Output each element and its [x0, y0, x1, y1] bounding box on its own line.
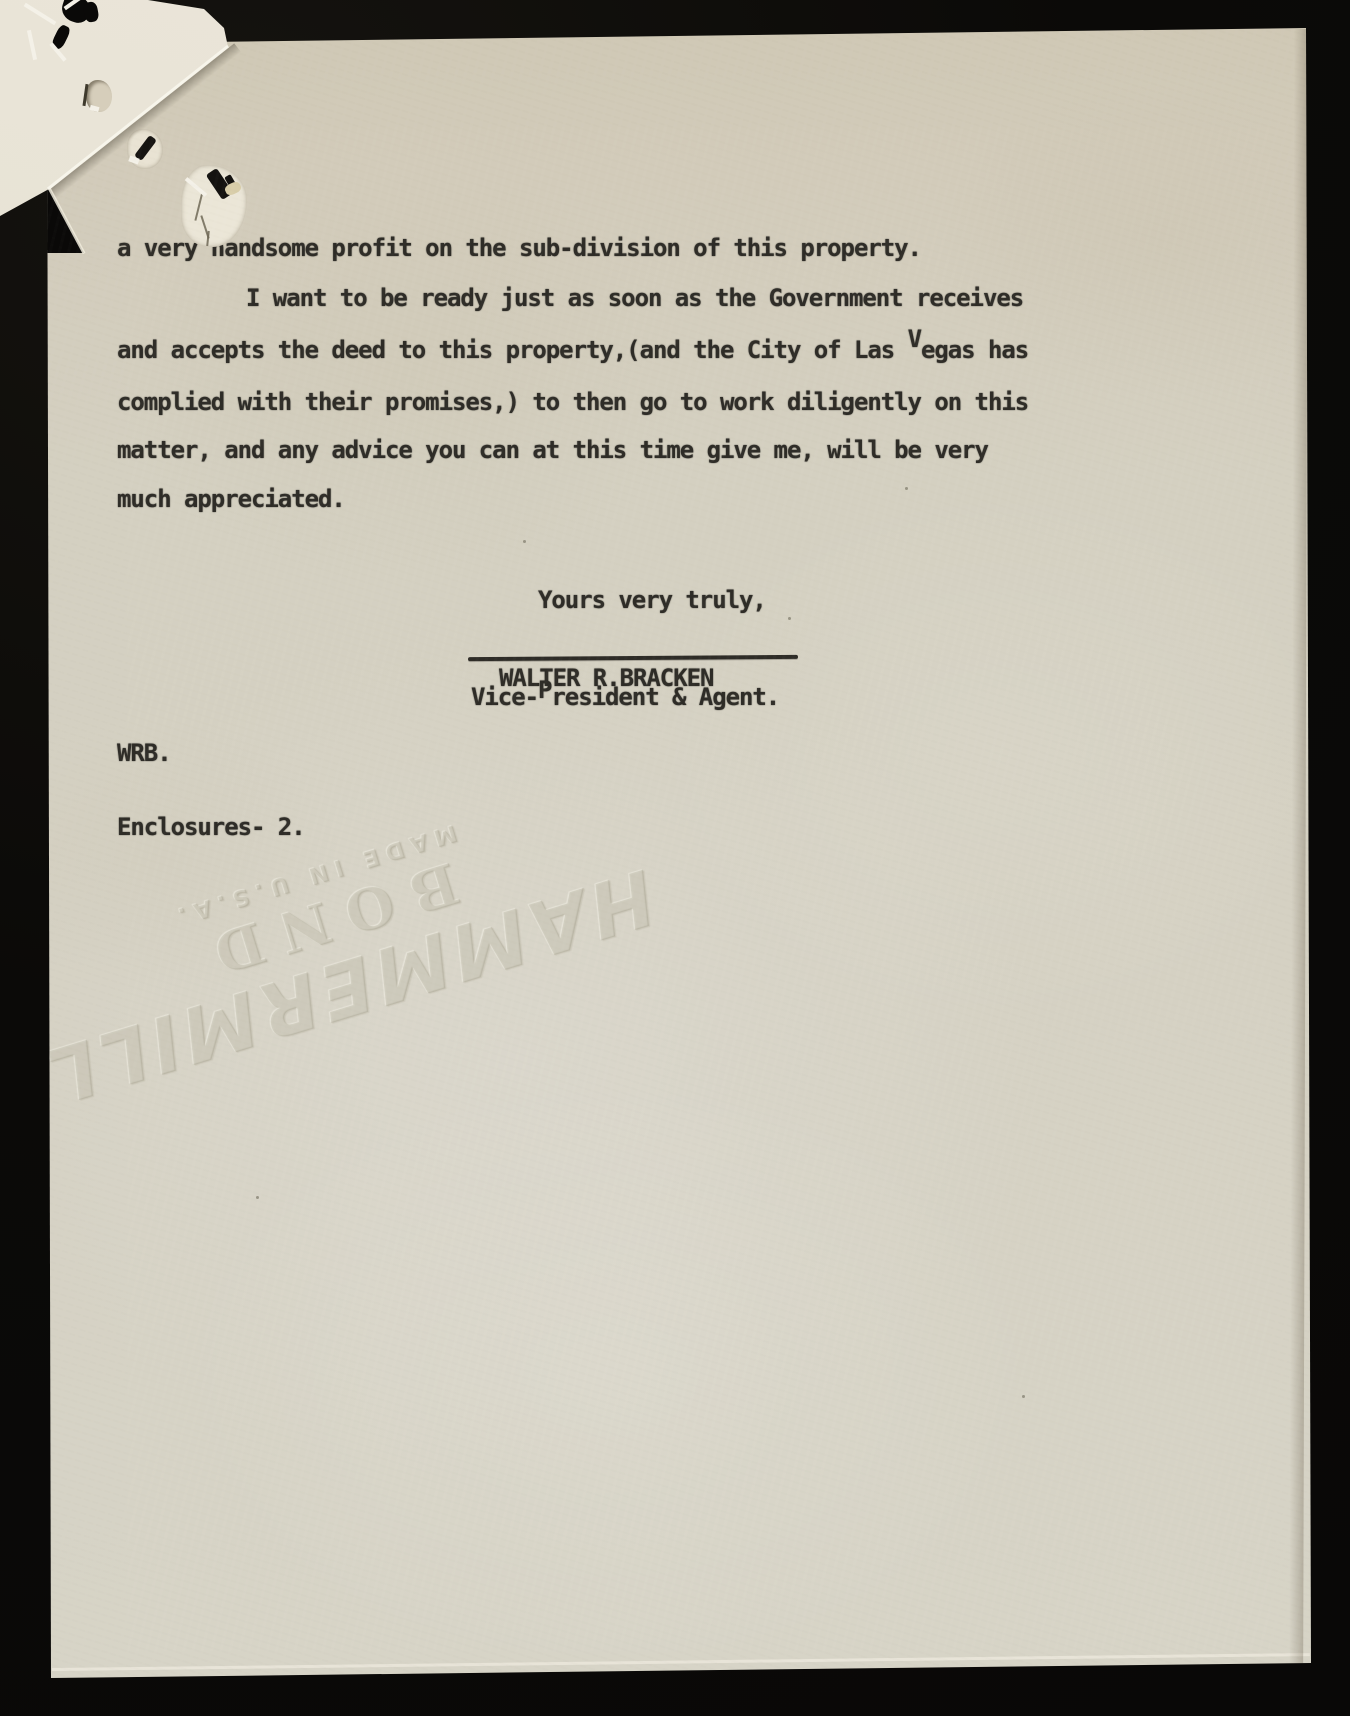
body-line: much appreciated.: [117, 487, 345, 511]
body-line: and accepts the deed to this property,(a…: [117, 338, 1028, 362]
text-segment: I want to be ready just as soon as the G…: [246, 284, 1023, 312]
body-line: I want to be ready just as soon as the G…: [117, 286, 1023, 310]
dust-speck: [788, 617, 791, 620]
dust-speck: [1022, 1395, 1025, 1398]
watermark-brand: HAMMERMILL: [33, 856, 663, 1118]
text-segment: Vice-: [471, 683, 538, 711]
paper-watermark: HAMMERMILL BOND MADE IN U.S.A.: [21, 723, 649, 1162]
watermark-grade: BOND: [190, 851, 465, 989]
typist-initials: WRB.: [117, 741, 171, 765]
signature-title: Vice-President & Agent.: [471, 685, 779, 709]
signature-rule: [468, 655, 798, 661]
raised-character: P: [538, 678, 551, 702]
text-segment: matter, and any advice you can at this t…: [117, 436, 988, 464]
letter-sheet: HAMMERMILL BOND MADE IN U.S.A. a very ha…: [0, 0, 1350, 1716]
text-segment: resident & Agent.: [551, 683, 779, 711]
body-line: complied with their promises,) to then g…: [117, 390, 1028, 414]
scanned-letter-screenshot: HAMMERMILL BOND MADE IN U.S.A. a very ha…: [0, 0, 1350, 1716]
torn-fiber: [24, 3, 57, 25]
dust-speck: [256, 1196, 259, 1199]
closing-line: Yours very truly,: [538, 588, 766, 612]
paper-edge-shadow: [1289, 29, 1308, 1665]
body-line: matter, and any advice you can at this t…: [117, 438, 988, 462]
text-segment: a very handsome profit on the sub-divisi…: [117, 234, 921, 262]
text-segment: complied with their promises,) to then g…: [117, 388, 1028, 416]
dust-speck: [905, 487, 908, 490]
torn-fiber: [90, 105, 100, 112]
text-segment: much appreciated.: [117, 485, 345, 513]
text-segment: egas has: [921, 336, 1028, 364]
text-segment: and accepts the deed to this property,(a…: [117, 336, 908, 364]
torn-fiber: [27, 30, 37, 60]
raised-character: V: [908, 327, 921, 351]
dust-speck: [523, 540, 526, 543]
body-line: a very handsome profit on the sub-divisi…: [117, 236, 921, 260]
enclosures-note: Enclosures- 2.: [117, 815, 305, 839]
